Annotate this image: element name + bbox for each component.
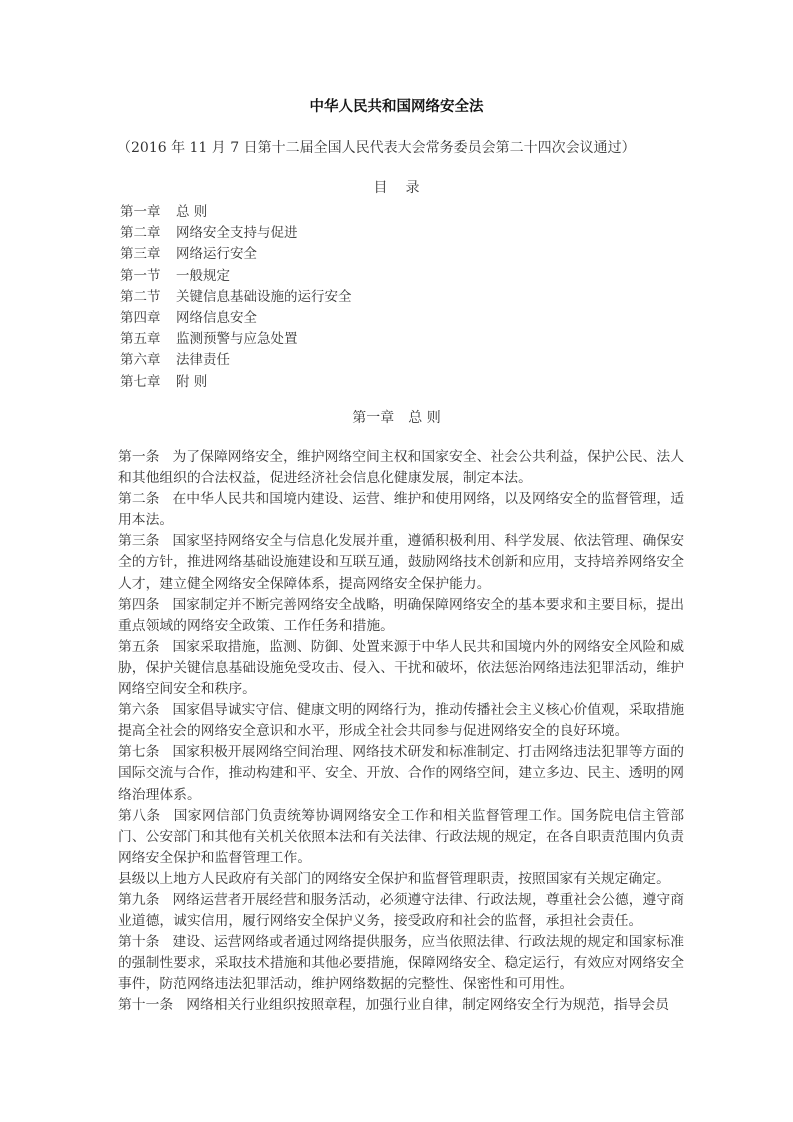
article: 第一条为了保障网络安全，维护网络空间主权和国家安全、社会公共利益，保护公民、法人… (118, 447, 684, 489)
article-num: 第四条 (118, 597, 159, 613)
article-text: 国家网信部门负责统筹协调网络安全工作和相关监督管理工作。国务院电信主管部门、公安… (118, 808, 684, 866)
document-subtitle: （2016 年 11 月 7 日第十二届全国人民代表大会常务委员会第二十四次会议… (117, 137, 717, 157)
toc-item-num: 第五章 (120, 327, 176, 348)
toc-heading-part1: 目 (374, 180, 388, 196)
article: 第六条国家倡导诚实守信、健康文明的网络行为，推动传播社会主义核心价值观，采取措施… (118, 700, 684, 742)
article-text: 网络相关行业组织按照章程，加强行业自律，制定网络安全行为规范，指导会员 (186, 997, 669, 1013)
article: 第十条建设、运营网络或者通过网络提供服务，应当依照法律、行政法规的规定和国家标准… (118, 932, 684, 995)
toc-item: 第二章网络安全支持与促进 (120, 221, 520, 242)
toc-item-num: 第六章 (120, 348, 176, 369)
toc-item-label: 法律责任 (176, 348, 230, 369)
toc-item: 第四章网络信息安全 (120, 306, 520, 327)
article: 第七条国家积极开展网络空间治理、网络技术研发和标准制定、打击网络违法犯罪等方面的… (118, 742, 684, 805)
table-of-contents: 第一章总 则 第二章网络安全支持与促进 第三章网络运行安全 第一节一般规定 第二… (120, 200, 520, 391)
article-continuation: 县级以上地方人民政府有关部门的网络安全保护和监督管理职责，按照国家有关规定确定。 (118, 869, 684, 890)
document-page: 中华人民共和国网络安全法 （2016 年 11 月 7 日第十二届全国人民代表大… (0, 0, 793, 1122)
article-num: 第八条 (118, 808, 161, 824)
article-text: 建设、运营网络或者通过网络提供服务，应当依照法律、行政法规的规定和国家标准的强制… (118, 934, 684, 992)
article-text: 县级以上地方人民政府有关部门的网络安全保护和监督管理职责，按照国家有关规定确定。 (118, 871, 670, 887)
toc-item: 第七章附 则 (120, 370, 520, 391)
article: 第九条网络运营者开展经营和服务活动，必须遵守法律、行政法规，尊重社会公德，遵守商… (118, 890, 684, 932)
toc-item-label: 总 则 (176, 200, 207, 221)
article-num: 第十条 (118, 934, 159, 950)
toc-item-label: 网络运行安全 (176, 242, 257, 263)
toc-heading: 目录 (0, 177, 793, 197)
article: 第八条国家网信部门负责统筹协调网络安全工作和相关监督管理工作。国务院电信主管部门… (118, 806, 684, 869)
article-num: 第十一条 (118, 997, 173, 1013)
chapter-body: 第一条为了保障网络安全，维护网络空间主权和国家安全、社会公共利益，保护公民、法人… (118, 447, 684, 1017)
toc-item-num: 第一节 (120, 264, 176, 285)
toc-item-num: 第七章 (120, 370, 176, 391)
article: 第二条在中华人民共和国境内建设、运营、维护和使用网络，以及网络安全的监督管理，适… (118, 489, 684, 531)
article: 第五条国家采取措施，监测、防御、处置来源于中华人民共和国境内外的网络安全风险和威… (118, 637, 684, 700)
article-num: 第二条 (118, 491, 159, 507)
document-title: 中华人民共和国网络安全法 (0, 95, 793, 116)
article-text: 国家坚持网络安全与信息化发展并重，遵循积极利用、科学发展、依法管理、确保安全的方… (118, 533, 684, 591)
toc-item-num: 第二章 (120, 221, 176, 242)
toc-item: 第二节关键信息基础设施的运行安全 (120, 285, 520, 306)
chapter-heading-label: 总 则 (408, 410, 440, 426)
toc-item-num: 第二节 (120, 285, 176, 306)
toc-item: 第三章网络运行安全 (120, 242, 520, 263)
article-num: 第三条 (118, 533, 159, 549)
article: 第四条国家制定并不断完善网络安全战略，明确保障网络安全的基本要求和主要目标，提出… (118, 595, 684, 637)
toc-item-label: 网络信息安全 (176, 306, 257, 327)
article-text: 为了保障网络安全，维护网络空间主权和国家安全、社会公共利益，保护公民、法人和其他… (118, 449, 684, 486)
toc-item-num: 第三章 (120, 242, 176, 263)
toc-item-num: 第四章 (120, 306, 176, 327)
article-text: 网络运营者开展经营和服务活动，必须遵守法律、行政法规，尊重社会公德，遵守商业道德… (118, 892, 684, 929)
toc-item-label: 监测预警与应急处置 (176, 327, 298, 348)
article: 第十一条网络相关行业组织按照章程，加强行业自律，制定网络安全行为规范，指导会员 (118, 995, 684, 1016)
toc-item-label: 一般规定 (176, 264, 230, 285)
toc-item: 第一章总 则 (120, 200, 520, 221)
article: 第三条国家坚持网络安全与信息化发展并重，遵循积极利用、科学发展、依法管理、确保安… (118, 531, 684, 594)
toc-item-label: 网络安全支持与促进 (176, 221, 298, 242)
article-text: 在中华人民共和国境内建设、运营、维护和使用网络，以及网络安全的监督管理，适用本法… (118, 491, 684, 528)
toc-item: 第一节一般规定 (120, 264, 520, 285)
article-text: 国家制定并不断完善网络安全战略，明确保障网络安全的基本要求和主要目标，提出重点领… (118, 597, 684, 634)
article-text: 国家倡导诚实守信、健康文明的网络行为，推动传播社会主义核心价值观，采取措施提高全… (118, 702, 684, 739)
toc-item-label: 关键信息基础设施的运行安全 (176, 285, 352, 306)
article-num: 第一条 (118, 449, 159, 465)
toc-item: 第五章监测预警与应急处置 (120, 327, 520, 348)
chapter-heading-num: 第一章 (352, 410, 394, 426)
toc-item: 第六章法律责任 (120, 348, 520, 369)
toc-item-num: 第一章 (120, 200, 176, 221)
chapter-heading: 第一章总 则 (0, 407, 793, 427)
article-num: 第六条 (118, 702, 159, 718)
article-num: 第九条 (118, 892, 159, 908)
article-text: 国家积极开展网络空间治理、网络技术研发和标准制定、打击网络违法犯罪等方面的国际交… (118, 744, 684, 802)
article-num: 第七条 (118, 744, 159, 760)
article-num: 第五条 (118, 639, 159, 655)
article-text: 国家采取措施，监测、防御、处置来源于中华人民共和国境内外的网络安全风险和威胁，保… (118, 639, 684, 697)
toc-heading-part2: 录 (406, 180, 420, 196)
toc-item-label: 附 则 (176, 370, 207, 391)
